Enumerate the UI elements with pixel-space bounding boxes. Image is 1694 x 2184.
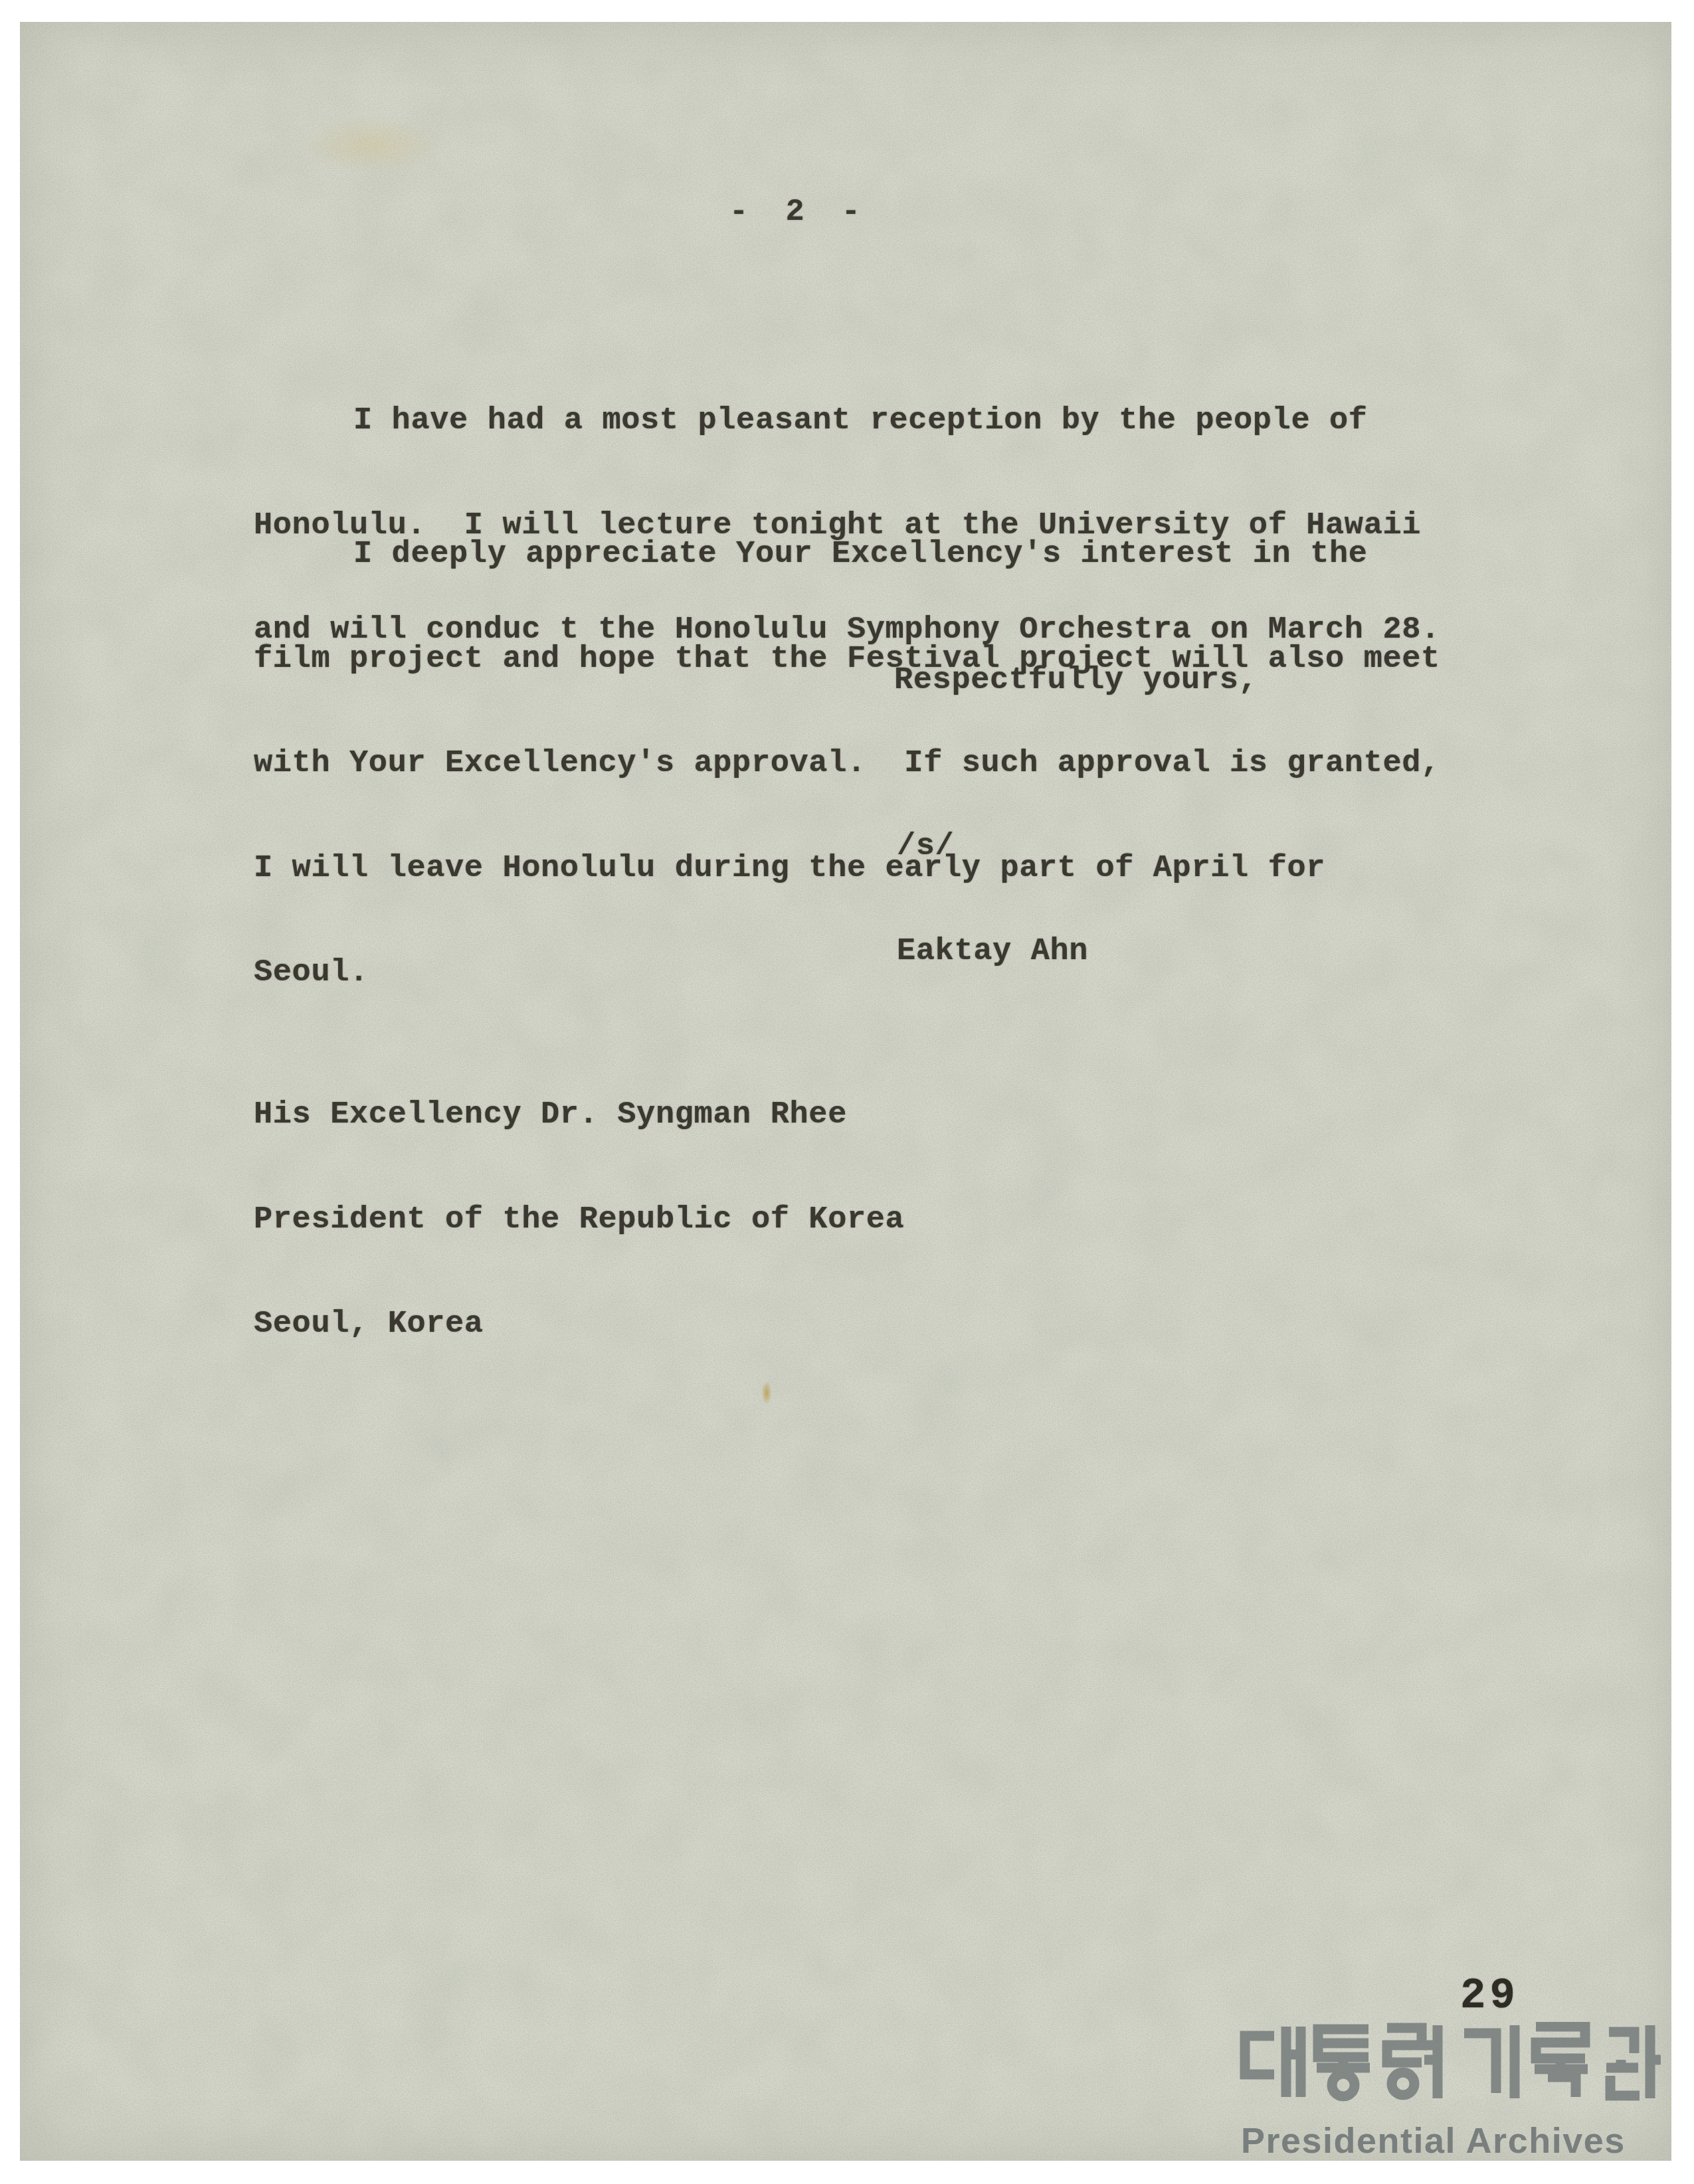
signature-mark: /s/ [897,830,1088,865]
signature-block: /s/ Eaktay Ahn [897,760,1088,1039]
archive-watermark-korean: 대통령기록관 [1234,2022,1673,2103]
recipient-address-block: His Excellency Dr. Syngman Rhee Presiden… [254,1028,904,1412]
paragraph-2: I deeply appreciate Your Excellency's in… [254,468,1440,1061]
recipient-title: President of the Republic of Korea [254,1203,904,1238]
watermark-korean-glyphs [1234,2022,1673,2103]
letter-line: with Your Excellency's approval. If such… [254,747,1440,782]
scanned-letter-page: - 2 - I have had a most pleasant recepti… [0,0,1694,2184]
letter-line: I will leave Honolulu during the early p… [254,852,1440,887]
closing-salutation: Respectfully yours, [894,664,1258,699]
archive-watermark-english: Presidential Archives [1241,2120,1626,2161]
letter-line: Seoul. [254,956,1440,991]
signature-name: Eaktay Ahn [897,935,1088,970]
recipient-city: Seoul, Korea [254,1307,904,1342]
letter-line: I deeply appreciate Your Excellency's in… [254,537,1440,573]
letter-line: I have had a most pleasant reception by … [254,404,1440,439]
archive-page-stamp-number: 29 [1460,1979,1519,2015]
recipient-name: His Excellency Dr. Syngman Rhee [254,1098,904,1133]
page-number: - 2 - [729,195,870,230]
letter-line: film project and hope that the Festival … [254,642,1440,678]
